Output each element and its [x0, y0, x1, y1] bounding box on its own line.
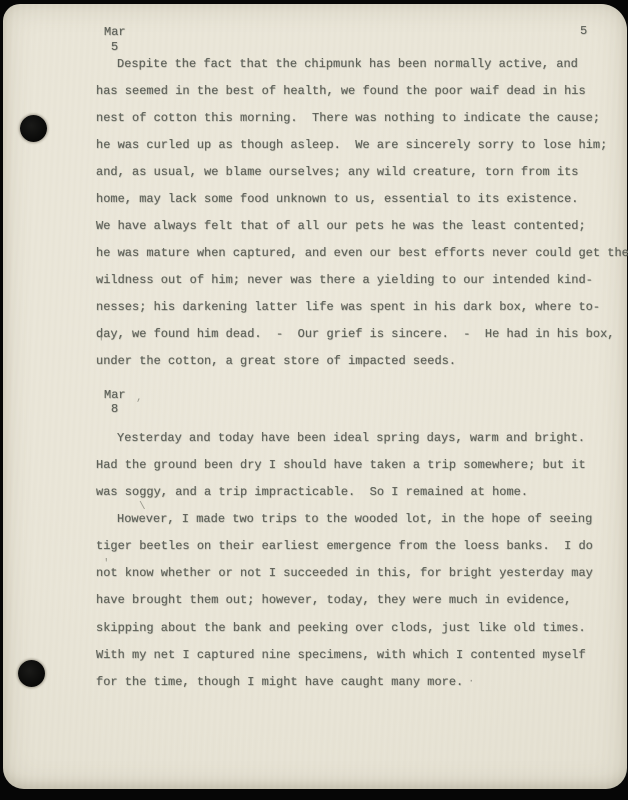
typed-line: wildness out of him; never was there a y… — [96, 273, 593, 287]
typed-line: Had the ground been dry I should have ta… — [96, 458, 586, 472]
stray-ink-mark: , — [136, 392, 143, 404]
typed-line: under the cotton, a great store of impac… — [96, 354, 456, 368]
stray-ink-mark: \ — [139, 501, 146, 513]
punch-hole — [18, 660, 45, 687]
typed-line: With my net I captured nine specimens, w… — [96, 648, 586, 662]
typed-line: and, as usual, we blame ourselves; any w… — [96, 165, 578, 179]
typed-line: not know whether or not I succeeded in t… — [96, 566, 593, 580]
typed-line: tiger beetles on their earliest emergenc… — [96, 539, 593, 553]
typed-line: Despite the fact that the chipmunk has b… — [117, 57, 578, 71]
typed-line: have brought them out; however, today, t… — [96, 593, 571, 607]
typed-line: nesses; his darkening latter life was sp… — [96, 300, 600, 314]
typed-line: he was mature when captured, and even ou… — [96, 246, 628, 260]
typed-line: nest of cotton this morning. There was n… — [96, 111, 600, 125]
typed-line: home, may lack some food unknown to us, … — [96, 192, 578, 206]
stray-ink-mark: ' — [98, 337, 105, 349]
page-number: 5 — [580, 24, 587, 38]
typed-line: skipping about the bank and peeking over… — [96, 621, 586, 635]
typed-line: Mar — [104, 388, 126, 402]
typed-line: he was curled up as though asleep. We ar… — [96, 138, 607, 152]
stray-ink-mark: · — [468, 676, 475, 688]
typed-line: has seemed in the best of health, we fou… — [96, 84, 586, 98]
typed-line: 5 — [111, 40, 118, 54]
typed-line: was soggy, and a trip impracticable. So … — [96, 485, 528, 499]
typed-line: day, we found him dead. - Our grief is s… — [96, 327, 614, 341]
punch-hole — [20, 115, 47, 142]
typed-line: for the time, though I might have caught… — [96, 675, 463, 689]
stray-ink-mark: ' — [103, 558, 110, 570]
typed-line: However, I made two trips to the wooded … — [117, 512, 592, 526]
typed-line: Yesterday and today have been ideal spri… — [117, 431, 585, 445]
typed-line: We have always felt that of all our pets… — [96, 219, 586, 233]
scanned-page-view: 5 Mar5Despite the fact that the chipmunk… — [0, 0, 628, 800]
typed-line: Mar — [104, 25, 126, 39]
typed-line: 8 — [111, 402, 118, 416]
